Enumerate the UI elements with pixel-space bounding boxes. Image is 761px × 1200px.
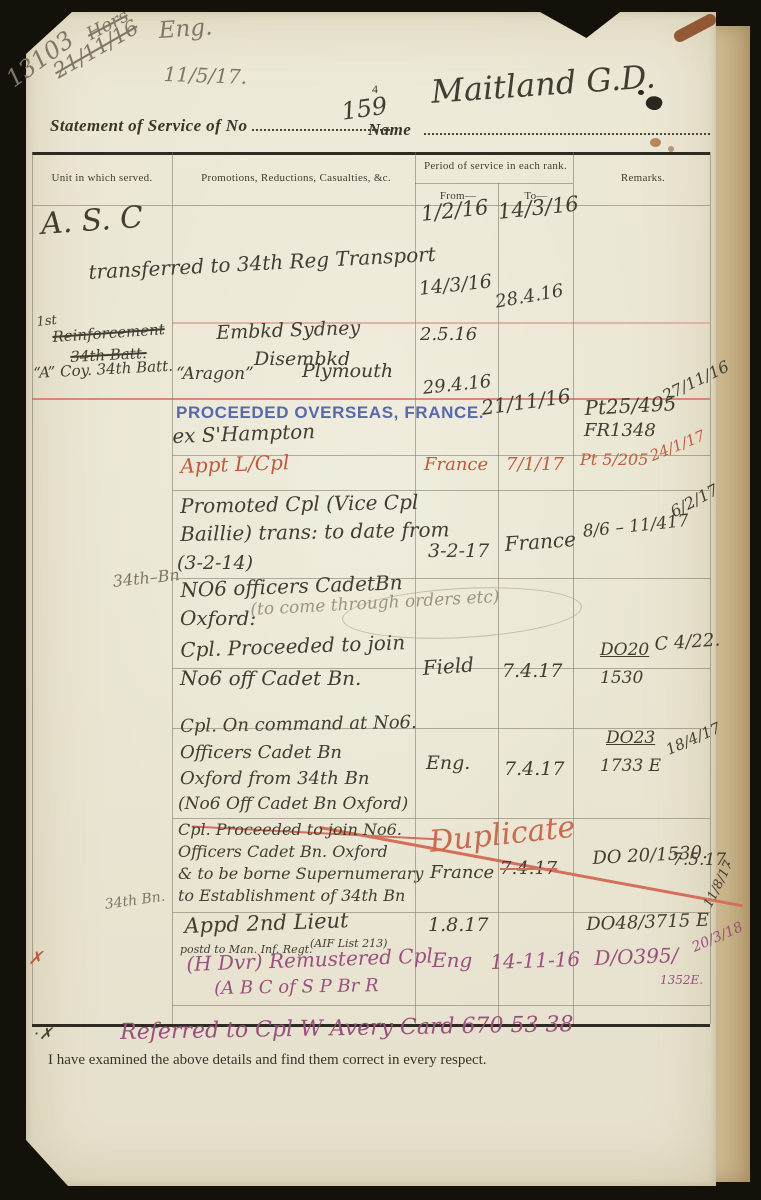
entry-remark-c422: C 4/22. (654, 631, 721, 654)
entry-from-date: 3-2-17 (428, 542, 489, 561)
grid-line-v (573, 152, 574, 1024)
entry-to-date: 7.4.17 (502, 662, 562, 681)
entry-remark-1733e: 1733 E (600, 758, 661, 775)
entry-remark-date: 6/2/17 (668, 482, 721, 520)
entry-from-eng: Eng. (426, 754, 470, 773)
entry-from-date: 29.4.16 (422, 373, 492, 398)
entry-on-command-4: (No6 Off Cadet Bn Oxford) (178, 796, 408, 813)
margin-34th-bn: 34th–Bn (112, 567, 180, 590)
name-value: Maitland G.D. (430, 60, 656, 108)
col-header-period: Period of service in each rank. (418, 160, 573, 172)
entry-promoted-cpl-2: Baillie) trans: to date from (180, 519, 450, 544)
margin-x-mark: ✗ (28, 950, 43, 968)
grid-line-h (172, 490, 710, 491)
grid-line-v (415, 152, 416, 1024)
entry-duplicate-4: to Establishment of 34th Bn (178, 888, 405, 904)
entry-ship-aragon: “Aragon” (176, 366, 254, 383)
entry-to-date: 7.4.17 (500, 860, 557, 878)
entry-plymouth: Plymouth (302, 362, 393, 381)
stain-dot (668, 146, 674, 152)
entry-remustered-2: (A B C of S P Br R (214, 977, 379, 998)
entry-duplicate-2: Officers Cadet Bn. Oxford (178, 844, 388, 860)
entry-from-france: France (424, 456, 488, 474)
entry-to-date: 14-11-16 (490, 949, 581, 972)
col-header-unit: Unit in which served. (36, 172, 168, 184)
entry-remark-pt5: Pt 5/205 (580, 452, 648, 468)
entry-remustered-1: (H Dvr) Remustered Cpl (186, 945, 433, 974)
entry-to-date: 7.4.17 (504, 760, 564, 779)
grid-line-h (172, 1005, 710, 1006)
entry-from-field: Field (422, 654, 475, 678)
entry-unit-asc: A. S. C (40, 203, 144, 240)
entry-remark-date: 24/1/17 (648, 428, 707, 464)
entry-remark-fr1348: FR1348 (584, 422, 656, 440)
entry-to-date: 14/3/16 (497, 194, 580, 223)
entry-promoted-cpl-3: (3-2-14) (177, 554, 253, 573)
note-date-11-5-17: 11/5/17. (163, 64, 247, 87)
entry-promoted-cpl-1: Promoted Cpl (Vice Cpl (180, 492, 418, 516)
entry-remark-do20: DO20 (600, 642, 649, 659)
ink-blot (644, 94, 664, 113)
dotted-line (424, 132, 710, 135)
entry-from-date: 1/2/16 (420, 197, 489, 225)
entry-from-eng: Eng (432, 950, 472, 970)
entry-remark-1352e: 1352E. (660, 974, 703, 986)
entry-to-date: 28.4.16 (494, 282, 565, 312)
examined-statement: I have examined the above details and fi… (48, 1052, 487, 1069)
entry-duplicate-stamp: Duplicate (428, 813, 577, 858)
entry-ex-shampton: ex S'Hampton (172, 421, 315, 446)
entry-on-command-3: Oxford from 34th Bn (180, 770, 369, 788)
proceeded-overseas-stamp: PROCEEDED OVERSEAS, FRANCE. (176, 404, 484, 421)
entry-on-command-1: Cpl. On command at No6. (180, 714, 417, 736)
entry-from-date: 14/3/16 (418, 272, 493, 299)
margin-34th-bn: 34th Bn. (104, 890, 166, 912)
entry-duplicate-1: Cpl. Proceeded to join No6. (178, 822, 402, 838)
entry-cpl-proceeded-2: No6 off Cadet Bn. (180, 668, 361, 688)
entry-to-france: France (504, 529, 577, 554)
grid-line-v (32, 152, 33, 1024)
entry-unit-reinforcement: Reinforcement (52, 322, 165, 345)
entry-from-france: France (430, 864, 494, 882)
grid-line-v (172, 152, 173, 1024)
entry-unit-1st: 1st (36, 314, 57, 329)
entry-from-date: 21/11/16 (480, 385, 572, 417)
entry-remark-do48: DO48/3715 E (586, 912, 709, 934)
entry-duplicate-3: & to be borne Supernumerary (178, 866, 423, 882)
entry-unit-a-coy: “A” Coy. 34th Batt. (33, 359, 173, 381)
entry-to-date: 7/1/17 (506, 456, 564, 474)
entry-on-command-2: Officers Cadet Bn (180, 744, 342, 762)
name-label: Name (368, 120, 411, 140)
footer-referred-note: Referred to Cpl W Avery Card 670 53 38 (120, 1014, 574, 1044)
entry-embarked: Embkd Sydney (216, 319, 360, 343)
stain-dot (650, 138, 661, 147)
entry-oxford: Oxford: (180, 608, 256, 628)
entry-appd-2nd-lieut: Appd 2nd Lieut (184, 910, 349, 937)
statement-label: Statement of Service of No (50, 116, 247, 136)
footer-x-mark: ·✗ (34, 1026, 53, 1042)
col-header-promotions: Promotions, Reductions, Casualties, &c. (176, 172, 416, 184)
entry-remark-1530: 1530 (600, 670, 643, 687)
grid-line-h (172, 818, 710, 819)
grid-line-h (32, 152, 710, 155)
grid-line-h (415, 183, 573, 184)
service-record-page: 4 Statement of Service of No 159 Name Ma… (26, 12, 716, 1186)
torn-corner-bottom-left (26, 1140, 68, 1186)
ink-blot-small (638, 90, 644, 95)
stain-streak (672, 12, 718, 44)
entry-remark-d0395: D/O395/ (594, 945, 679, 968)
entry-remark-date: 18/4/17 (664, 720, 723, 757)
entry-transferred: transferred to 34th Reg Transport (88, 244, 436, 282)
entry-from-date: 1.8.17 (428, 916, 488, 935)
scanned-service-record: 4 Statement of Service of No 159 Name Ma… (0, 0, 761, 1200)
entry-cpl-proceeded-1: Cpl. Proceeded to join (180, 632, 405, 660)
torn-notch-top (540, 12, 620, 38)
entry-from-date: 2.5.16 (420, 326, 477, 344)
entry-remark-do23: DO23 (606, 730, 655, 747)
col-header-remarks: Remarks. (578, 172, 708, 184)
note-eng: Eng. (158, 16, 213, 43)
entry-appt-lcpl: Appt L/Cpl (180, 452, 290, 476)
